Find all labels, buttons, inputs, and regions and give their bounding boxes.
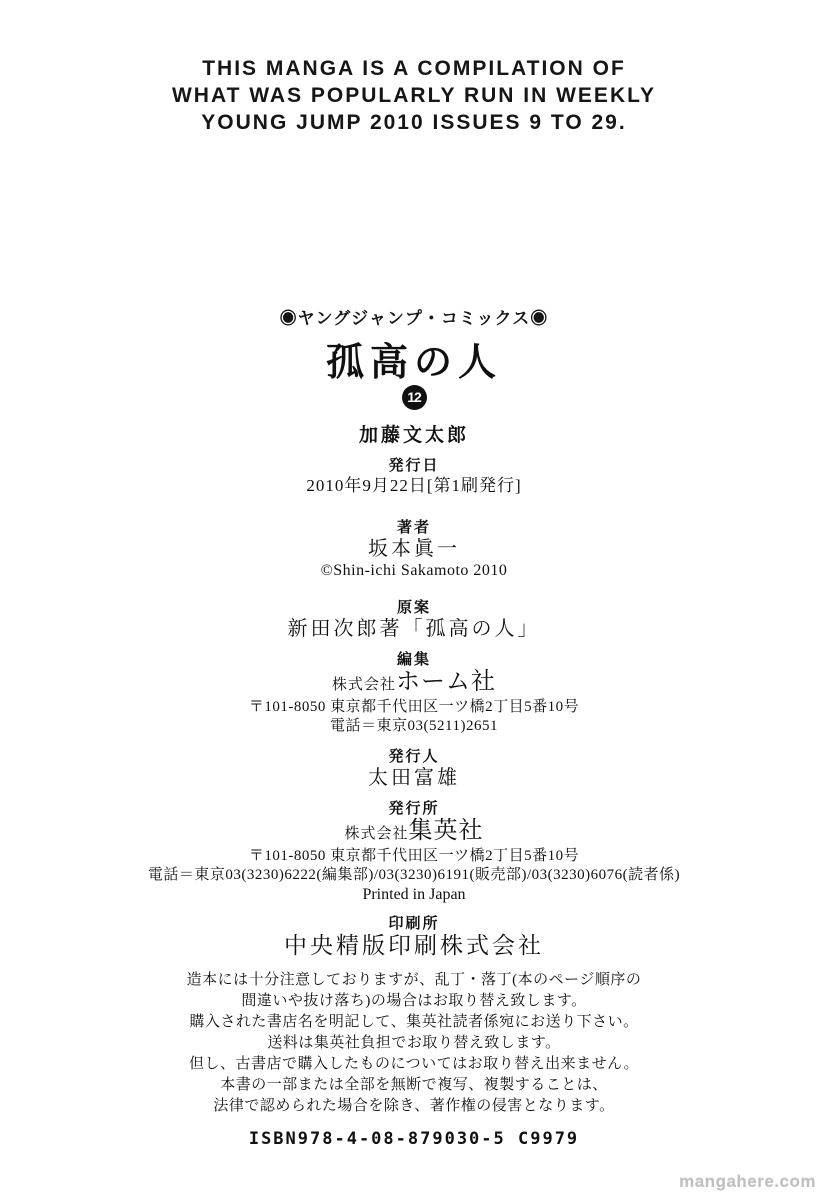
isbn-code: ISBN978-4-08-879030-5 C9979 [0, 1129, 828, 1149]
publisher-label: 発行所 [0, 801, 828, 817]
editing-company-prefix: 株式会社 [332, 677, 396, 693]
editing-address: 〒101-8050 東京都千代田区一ツ橋2丁目5番10号 [0, 699, 828, 716]
editing-company: 株式会社ホーム社 [0, 670, 828, 697]
publish-date-label: 発行日 [0, 458, 828, 474]
copyright-line: ©Shin-ichi Sakamoto 2010 [0, 562, 828, 580]
series-name: ◉ヤングジャンプ・コミックス◉ [0, 304, 828, 329]
author-name: 坂本眞一 [0, 538, 828, 560]
volume-badge-row: 12 [0, 385, 828, 411]
compilation-note: THIS MANGA IS A COMPILATION OF WHAT WAS … [0, 0, 828, 136]
author-label: 著者 [0, 520, 828, 536]
site-watermark: mangahere.com [679, 1172, 816, 1192]
publisher-address: 〒101-8050 東京都千代田区一ツ橋2丁目5番10号 [0, 848, 828, 865]
volume-number-badge: 12 [402, 385, 427, 410]
subtitle-character-name: 加藤文太郎 [0, 426, 828, 446]
printer-label: 印刷所 [0, 916, 828, 932]
publisher-phone: 電話＝東京03(3230)6222(編集部)/03(3230)6191(販売部)… [0, 867, 828, 884]
printer-name: 中央精版印刷株式会社 [0, 934, 828, 958]
colophon-page: THIS MANGA IS A COMPILATION OF WHAT WAS … [0, 0, 828, 1200]
editing-label: 編集 [0, 652, 828, 668]
editing-phone: 電話＝東京03(5211)2651 [0, 718, 828, 735]
publisher-company-name: 集英社 [409, 818, 484, 844]
printed-in-japan: Printed in Japan [0, 886, 828, 904]
publisher-person-name: 太田富雄 [0, 767, 828, 789]
publish-date-value: 2010年9月22日[第1刷発行] [0, 476, 828, 496]
publisher-person-label: 発行人 [0, 749, 828, 765]
original-work-value: 新田次郎著「孤高の人」 [0, 618, 828, 640]
binding-notice: 造本には十分注意しておりますが、乱丁・落丁(本のページ順序の 間違いや抜け落ち)… [0, 970, 828, 1117]
book-title: 孤高の人 [0, 343, 828, 383]
publisher-company: 株式会社集英社 [0, 819, 828, 846]
publisher-company-prefix: 株式会社 [344, 826, 408, 842]
original-work-label: 原案 [0, 600, 828, 616]
editing-company-name: ホーム社 [396, 669, 496, 695]
